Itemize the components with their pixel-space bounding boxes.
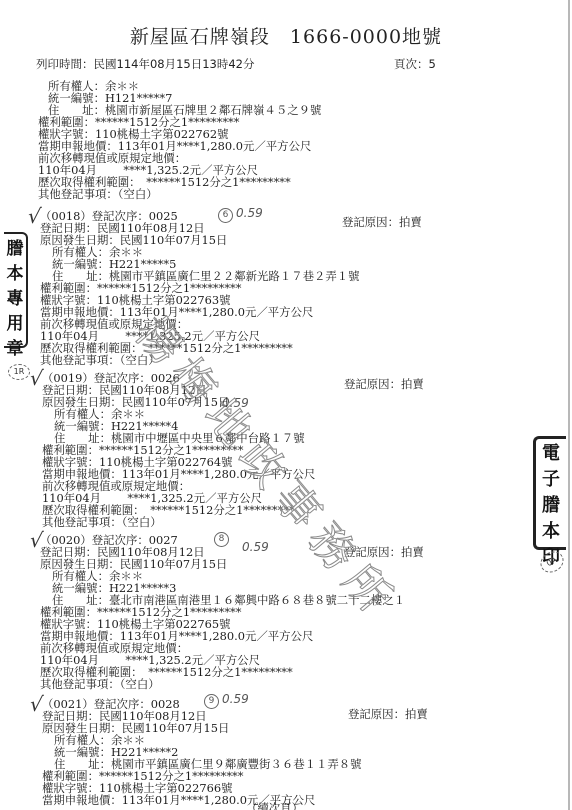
other-items: 其他登記事項：（空白） bbox=[42, 516, 162, 529]
other-items: 其他登記事項：（空白） bbox=[40, 678, 160, 691]
small-seal-left: 1R bbox=[8, 364, 30, 380]
electronic-copy-seal: 電 子 謄 本 印 bbox=[533, 436, 566, 550]
handwritten-note: 60.59 bbox=[218, 206, 263, 223]
print-time: 列印時間：民國114年08月15日13時42分 bbox=[36, 56, 254, 72]
registration-reason: 登記原因：拍賣 bbox=[348, 706, 428, 722]
handwritten-note: 90.59 bbox=[204, 692, 249, 709]
page-number: 頁次：5 bbox=[394, 56, 436, 72]
document-title: 新屋區石牌嶺段 1666-0000地號 bbox=[0, 22, 572, 49]
registration-reason: 登記原因：拍賣 bbox=[344, 376, 424, 392]
other-items: 其他登記事項：（空白） bbox=[38, 188, 158, 201]
page-edge bbox=[568, 0, 570, 810]
continued-note: （續次頁） bbox=[246, 800, 303, 810]
registration-reason: 登記原因：拍賣 bbox=[342, 214, 422, 230]
handwritten-note: 80.59 bbox=[214, 530, 259, 547]
certified-copy-seal: 謄 本 專 用 章 bbox=[4, 232, 28, 348]
